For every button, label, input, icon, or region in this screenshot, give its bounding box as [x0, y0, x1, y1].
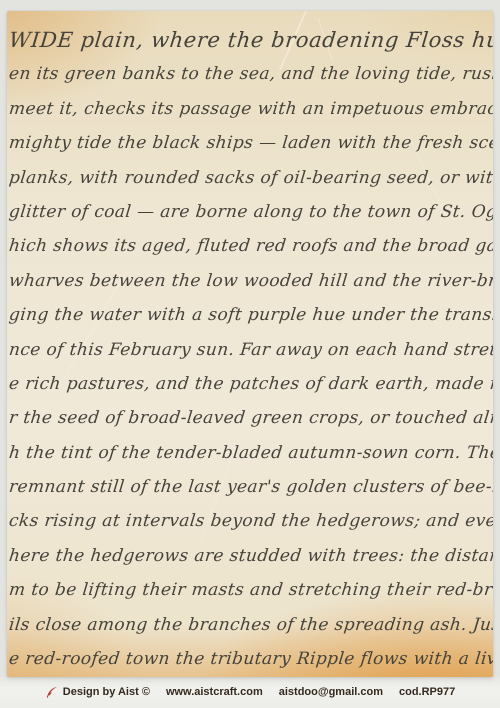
manuscript-line: cks rising at intervals beyond the hedge…	[7, 504, 493, 538]
manuscript-line: e red-roofed town the tributary Ripple f…	[7, 642, 493, 676]
manuscript-line: hich shows its aged, fluted red roofs an…	[7, 229, 493, 263]
scanned-page: WIDE plain, where the broadening Floss h…	[0, 0, 500, 708]
quill-feather-icon	[45, 686, 58, 699]
design-credit: Design by Aist ©	[45, 686, 150, 699]
manuscript-line: meet it, checks its passage with an impe…	[7, 92, 493, 126]
footer-website: www.aistcraft.com	[166, 686, 263, 698]
manuscript-line: e rich pastures, and the patches of dark…	[7, 367, 493, 401]
manuscript-line: nce of this February sun. Far away on ea…	[7, 333, 493, 367]
manuscript-line: glitter of coal — are borne along to the…	[7, 195, 493, 229]
manuscript-line: ils close among the branches of the spre…	[7, 608, 493, 642]
manuscript-line: h the tint of the tender-bladed autumn-s…	[7, 436, 493, 470]
manuscript-text: WIDE plain, where the broadening Floss h…	[7, 23, 493, 676]
manuscript-line: wharves between the low wooded hill and …	[7, 264, 493, 298]
manuscript-line: ging the water with a soft purple hue un…	[7, 298, 493, 332]
manuscript-line: here the hedgerows are studded with tree…	[7, 539, 493, 573]
manuscript-line: r the seed of broad-leaved green crops, …	[7, 401, 493, 435]
manuscript-line: en its green banks to the sea, and the l…	[7, 57, 493, 91]
footer-email: aistdoo@gmail.com	[279, 686, 383, 698]
manuscript-line: planks, with rounded sacks of oil-bearin…	[7, 161, 493, 195]
manuscript-line: mighty tide the black ships — laden with…	[7, 126, 493, 160]
design-credit-label: Design by Aist ©	[63, 686, 150, 698]
manuscript-line: m to be lifting their masts and stretchi…	[7, 573, 493, 607]
paper-sheet: WIDE plain, where the broadening Floss h…	[7, 11, 493, 677]
footer-credits: Design by Aist © www.aistcraft.com aistd…	[0, 683, 500, 701]
footer-product-code: cod.RP977	[399, 686, 455, 698]
manuscript-line: WIDE plain, where the broadening Floss h…	[7, 23, 493, 57]
manuscript-line: remnant still of the last year's golden …	[7, 470, 493, 504]
